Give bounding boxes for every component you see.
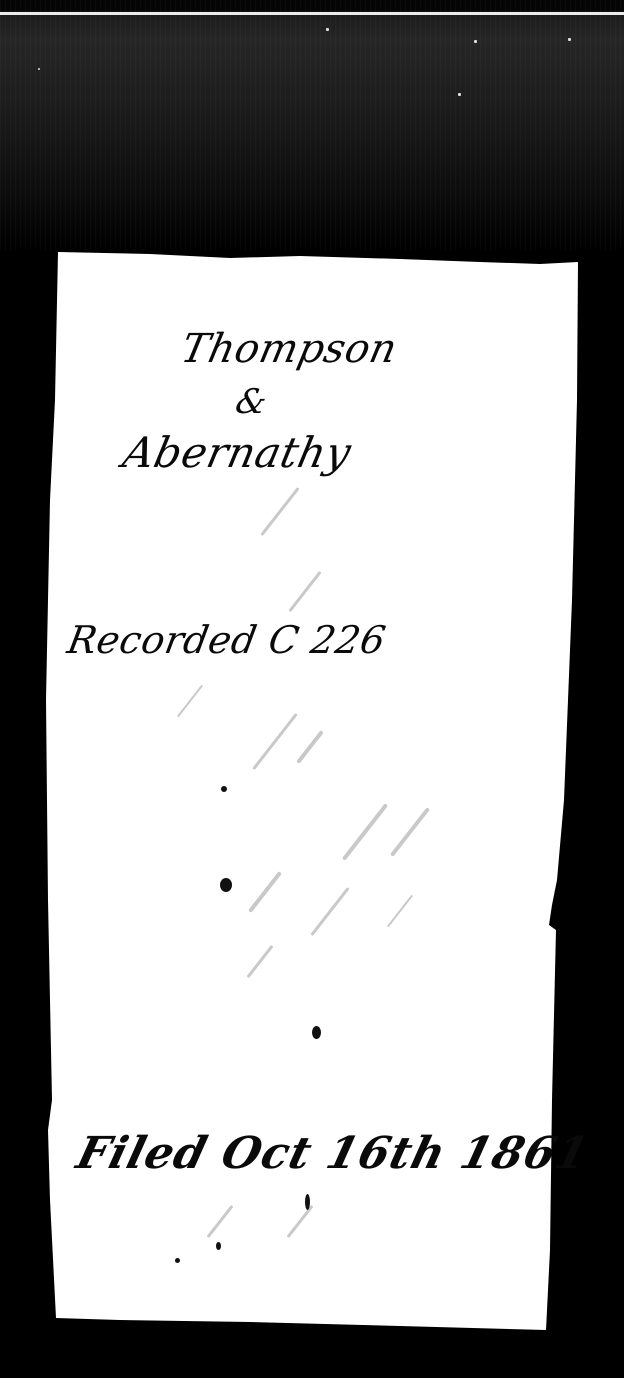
endorsement-party-1: Thompson xyxy=(177,326,401,372)
document-page: Thompson & Abernathy Recorded C 226 File… xyxy=(0,0,624,1378)
recorded-note: Recorded C 226 xyxy=(64,618,389,662)
filed-date-note: Filed Oct 16th 1861 xyxy=(72,1128,595,1179)
endorsement-party-2: Abernathy xyxy=(119,428,356,477)
